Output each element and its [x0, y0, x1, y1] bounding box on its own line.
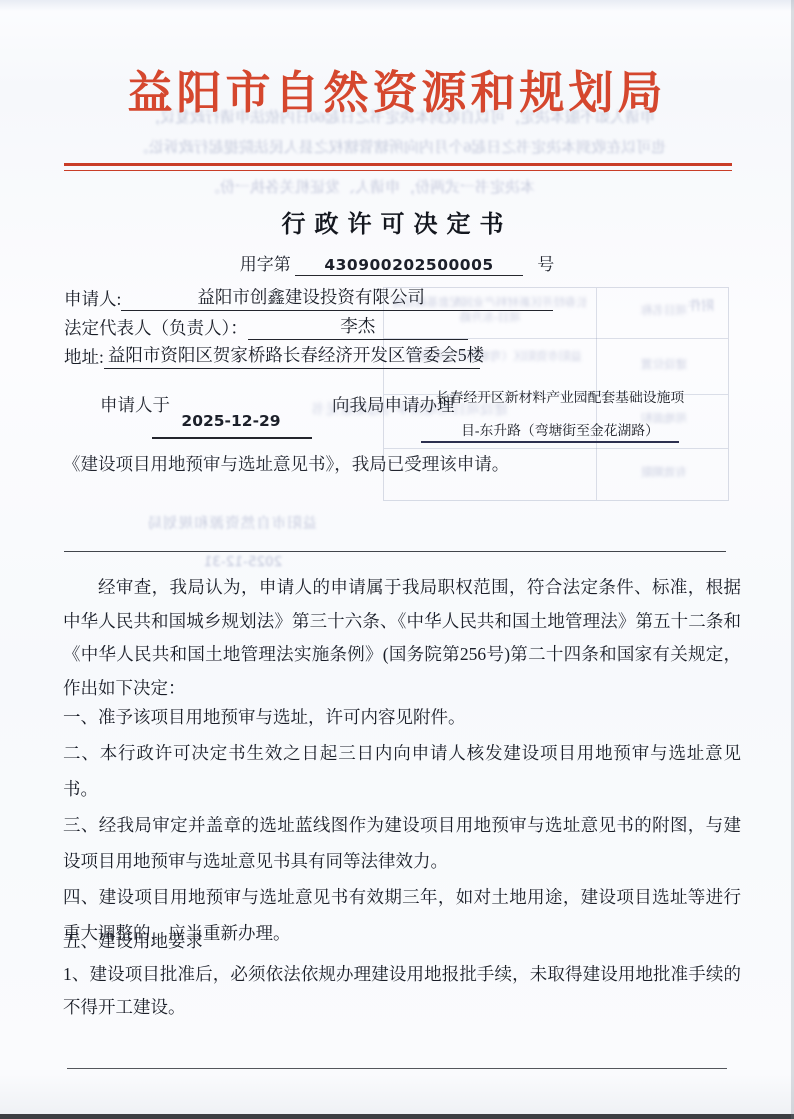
scan-bottom-edge — [0, 1114, 794, 1119]
applicant-value: 益阳市创鑫建设投资有限公司 — [121, 284, 553, 311]
decision-item-2: 二、本行政许可决定书生效之日起三日内向申请人核发建设项目用地预审与选址意见书。 — [63, 735, 741, 807]
section-divider-rule — [64, 551, 726, 552]
review-paragraph: 经审查，我局认为，申请人的申请属于我局职权范围，符合法定条件、标准，根据中华人民… — [63, 571, 741, 705]
project-name-block: 长春经开区新材料产业园配套基础设施项 目-东升路（弯塘街至金花湖路） — [424, 381, 696, 447]
red-double-rule — [64, 163, 732, 171]
bleed-through-line-2: 也可以在收到本决定书之日起6个月内向所辖管辖权之县人民法院提起行政诉讼。 — [58, 136, 742, 157]
bleed-through-table-row-line — [384, 448, 728, 449]
bleed-through-line-3: 本决定书一式两份，申请人、发证机关各执一份。 — [90, 176, 650, 197]
decision-list: 一、准予该项目用地预审与选址，许可内容见附件。 二、本行政许可决定书生效之日起三… — [63, 699, 741, 951]
document-title: 行政许可决定书 — [0, 204, 794, 239]
decision-item-3: 三、经我局审定并盖章的选址蓝线图作为建设项目用地预审与选址意见书的附图，与建设项… — [63, 807, 741, 879]
bleed-through-agency-stamp: 益阳市自然资源和规划局 — [132, 512, 332, 533]
bleed-through-table-label: 建设位置 — [606, 358, 722, 373]
application-date-underline — [152, 437, 312, 439]
applicant-row: 申请人:益阳市创鑫建设投资有限公司 — [64, 284, 553, 311]
address-label: 地址: — [64, 347, 104, 367]
project-name-underline — [421, 441, 679, 443]
document-number-value: 430900202500005 — [295, 256, 523, 276]
bleed-through-table-label: 项目名称 — [606, 304, 722, 319]
legal-representative-value: 李杰 — [248, 313, 468, 340]
acceptance-statement: 《建设项目用地预审与选址意见书》，我局已受理该申请。 — [63, 451, 509, 476]
bleed-through-table-label: 有效期限 — [606, 466, 722, 481]
document-number-line: 用字第 430900202500005 号 — [0, 250, 794, 276]
scanned-document-page: 申请人如不服本决定，可以自收到本决定书之日起60日内依法申请行政复议， 也可以在… — [0, 0, 794, 1119]
bleed-through-date: 2025-12-31 — [188, 554, 298, 570]
section-5-heading: 五、建设用地要求 — [63, 928, 203, 953]
legal-representative-row: 法定代表人（负责人）：李杰 — [64, 313, 468, 340]
legal-representative-label: 法定代表人（负责人）： — [64, 318, 248, 338]
agency-header-title: 益阳市自然资源和规划局 — [0, 56, 794, 121]
decision-item-1: 一、准予该项目用地预审与选址，许可内容见附件。 — [63, 699, 741, 735]
bleed-through-attachment-label: 附件 — [688, 295, 714, 314]
document-number-prefix: 用字第 — [240, 255, 291, 274]
address-value: 益阳市资阳区贺家桥路长春经济开发区管委会5楼 — [104, 342, 480, 369]
section-5-item-1: 1、建设项目批准后，必须依法依规办理建设用地报批手续，未取得建设用地批准手续的不… — [63, 958, 741, 1024]
document-number-suffix: 号 — [537, 255, 554, 274]
address-row: 地址:益阳市资阳区贺家桥路长春经济开发区管委会5楼 — [64, 342, 480, 369]
project-name-line-1: 长春经开区新材料产业园配套基础设施项 — [424, 381, 696, 414]
application-date: 2025-12-29 — [152, 412, 310, 430]
bottom-rule — [67, 1068, 727, 1069]
applicant-label: 申请人: — [64, 289, 121, 309]
